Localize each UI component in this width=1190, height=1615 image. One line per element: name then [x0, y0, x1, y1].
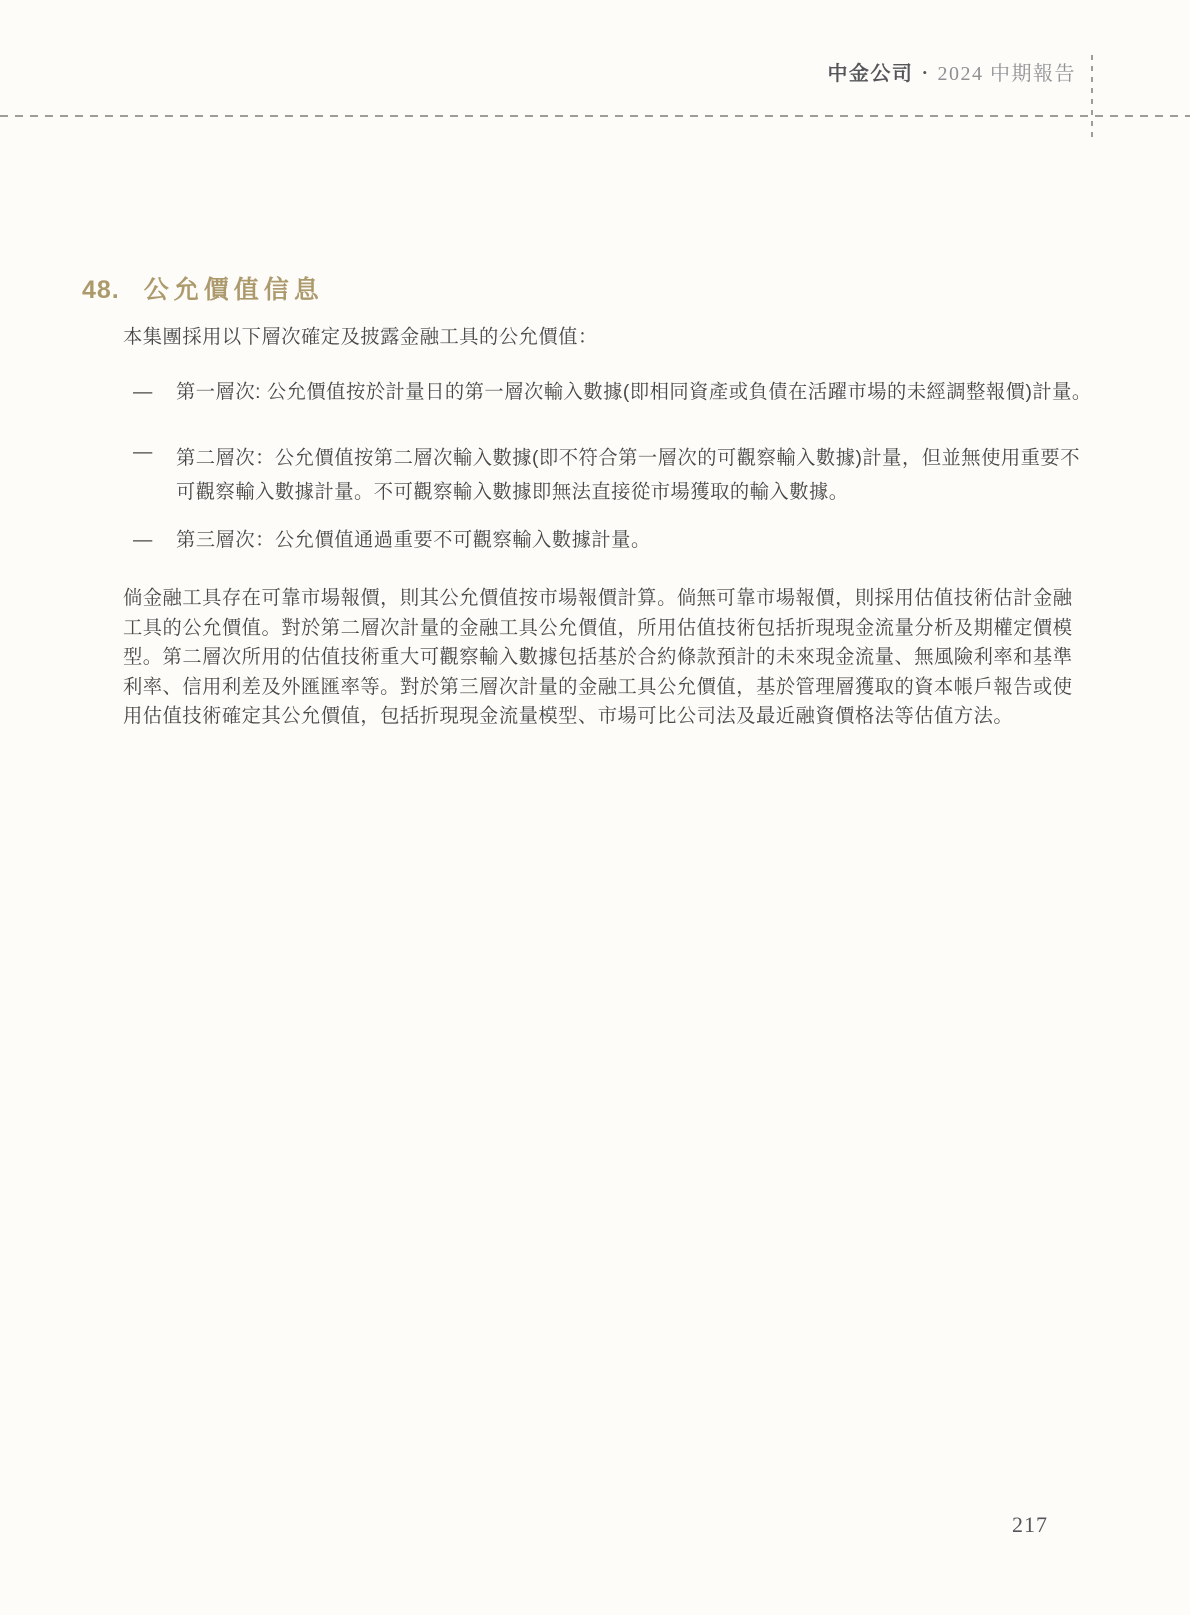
bullet-level-1-line: 第一層次: 公允價值按於計量日的第一層次輸入數據(即相同資產或負債在活躍市場的未… — [176, 382, 1092, 404]
bullet-level-2-line: 第二層次：公允價值按第二層次輸入數據(即不符合第一層次的可觀察輸入數據)計量，但… — [176, 442, 1080, 476]
intro-sentence: 本集團採用以下層次確定及披露金融工具的公允價值： — [123, 321, 598, 349]
paragraph-line: 利率、信用利差及外匯匯率等。對於第三層次計量的金融工具公允價值，基於管理層獲取的… — [123, 673, 1073, 703]
report-page: 中金公司•2024 中期報告 48.公允價值信息 本集團採用以下層次確定及披露金… — [0, 0, 1190, 1615]
bullet-level-3-line: 第三層次：公允價值通過重要不可觀察輸入數據計量。 — [176, 530, 651, 552]
bullet-level-2-line: 可觀察輸入數據計量。不可觀察輸入數據即無法直接從市場獲取的輸入數據。 — [176, 476, 1080, 510]
paragraph-line: 倘金融工具存在可靠市場報價，則其公允價值按市場報價計算。倘無可靠市場報價，則採用… — [123, 584, 1073, 614]
page-number: 217 — [1012, 1512, 1048, 1538]
paragraph-line: 用估值技術確定其公允價值，包括折現現金流量模型、市場可比公司法及最近融資價格法等… — [123, 702, 1073, 732]
horizontal-dashed-rule — [0, 115, 1190, 117]
section-number: 48. — [82, 276, 120, 304]
bullet-level-3: — 第三層次：公允價值通過重要不可觀察輸入數據計量。 — [133, 530, 651, 552]
paragraph-line: 工具的公允價值。對於第二層次計量的金融工具公允價值，所用估值技術包括折現現金流量… — [123, 614, 1073, 644]
page-header: 中金公司•2024 中期報告 — [0, 57, 1076, 86]
section-title: 公允價值信息 — [144, 276, 324, 304]
bullet-level-2: — 第二層次：公允價值按第二層次輸入數據(即不符合第一層次的可觀察輸入數據)計量… — [133, 442, 1080, 509]
paragraph-line: 型。第二層次所用的估值技術重大可觀察輸入數據包括基於合約條款預計的未來現金流量、… — [123, 643, 1073, 673]
bullet-separator-icon: • — [922, 65, 928, 80]
bullet-level-1: — 第一層次: 公允價值按於計量日的第一層次輸入數據(即相同資產或負債在活躍市場… — [133, 382, 1092, 404]
company-name: 中金公司 — [827, 63, 913, 85]
vertical-dashed-rule — [1091, 55, 1093, 138]
valuation-paragraph: 倘金融工具存在可靠市場報價，則其公允價值按市場報價計算。倘無可靠市場報價，則採用… — [123, 584, 1073, 732]
dash-marker: — — [133, 442, 153, 464]
dash-marker: — — [133, 382, 153, 404]
section-heading: 48.公允價值信息 — [82, 270, 324, 306]
dash-marker: — — [133, 530, 153, 552]
report-title: 2024 中期報告 — [938, 63, 1077, 85]
